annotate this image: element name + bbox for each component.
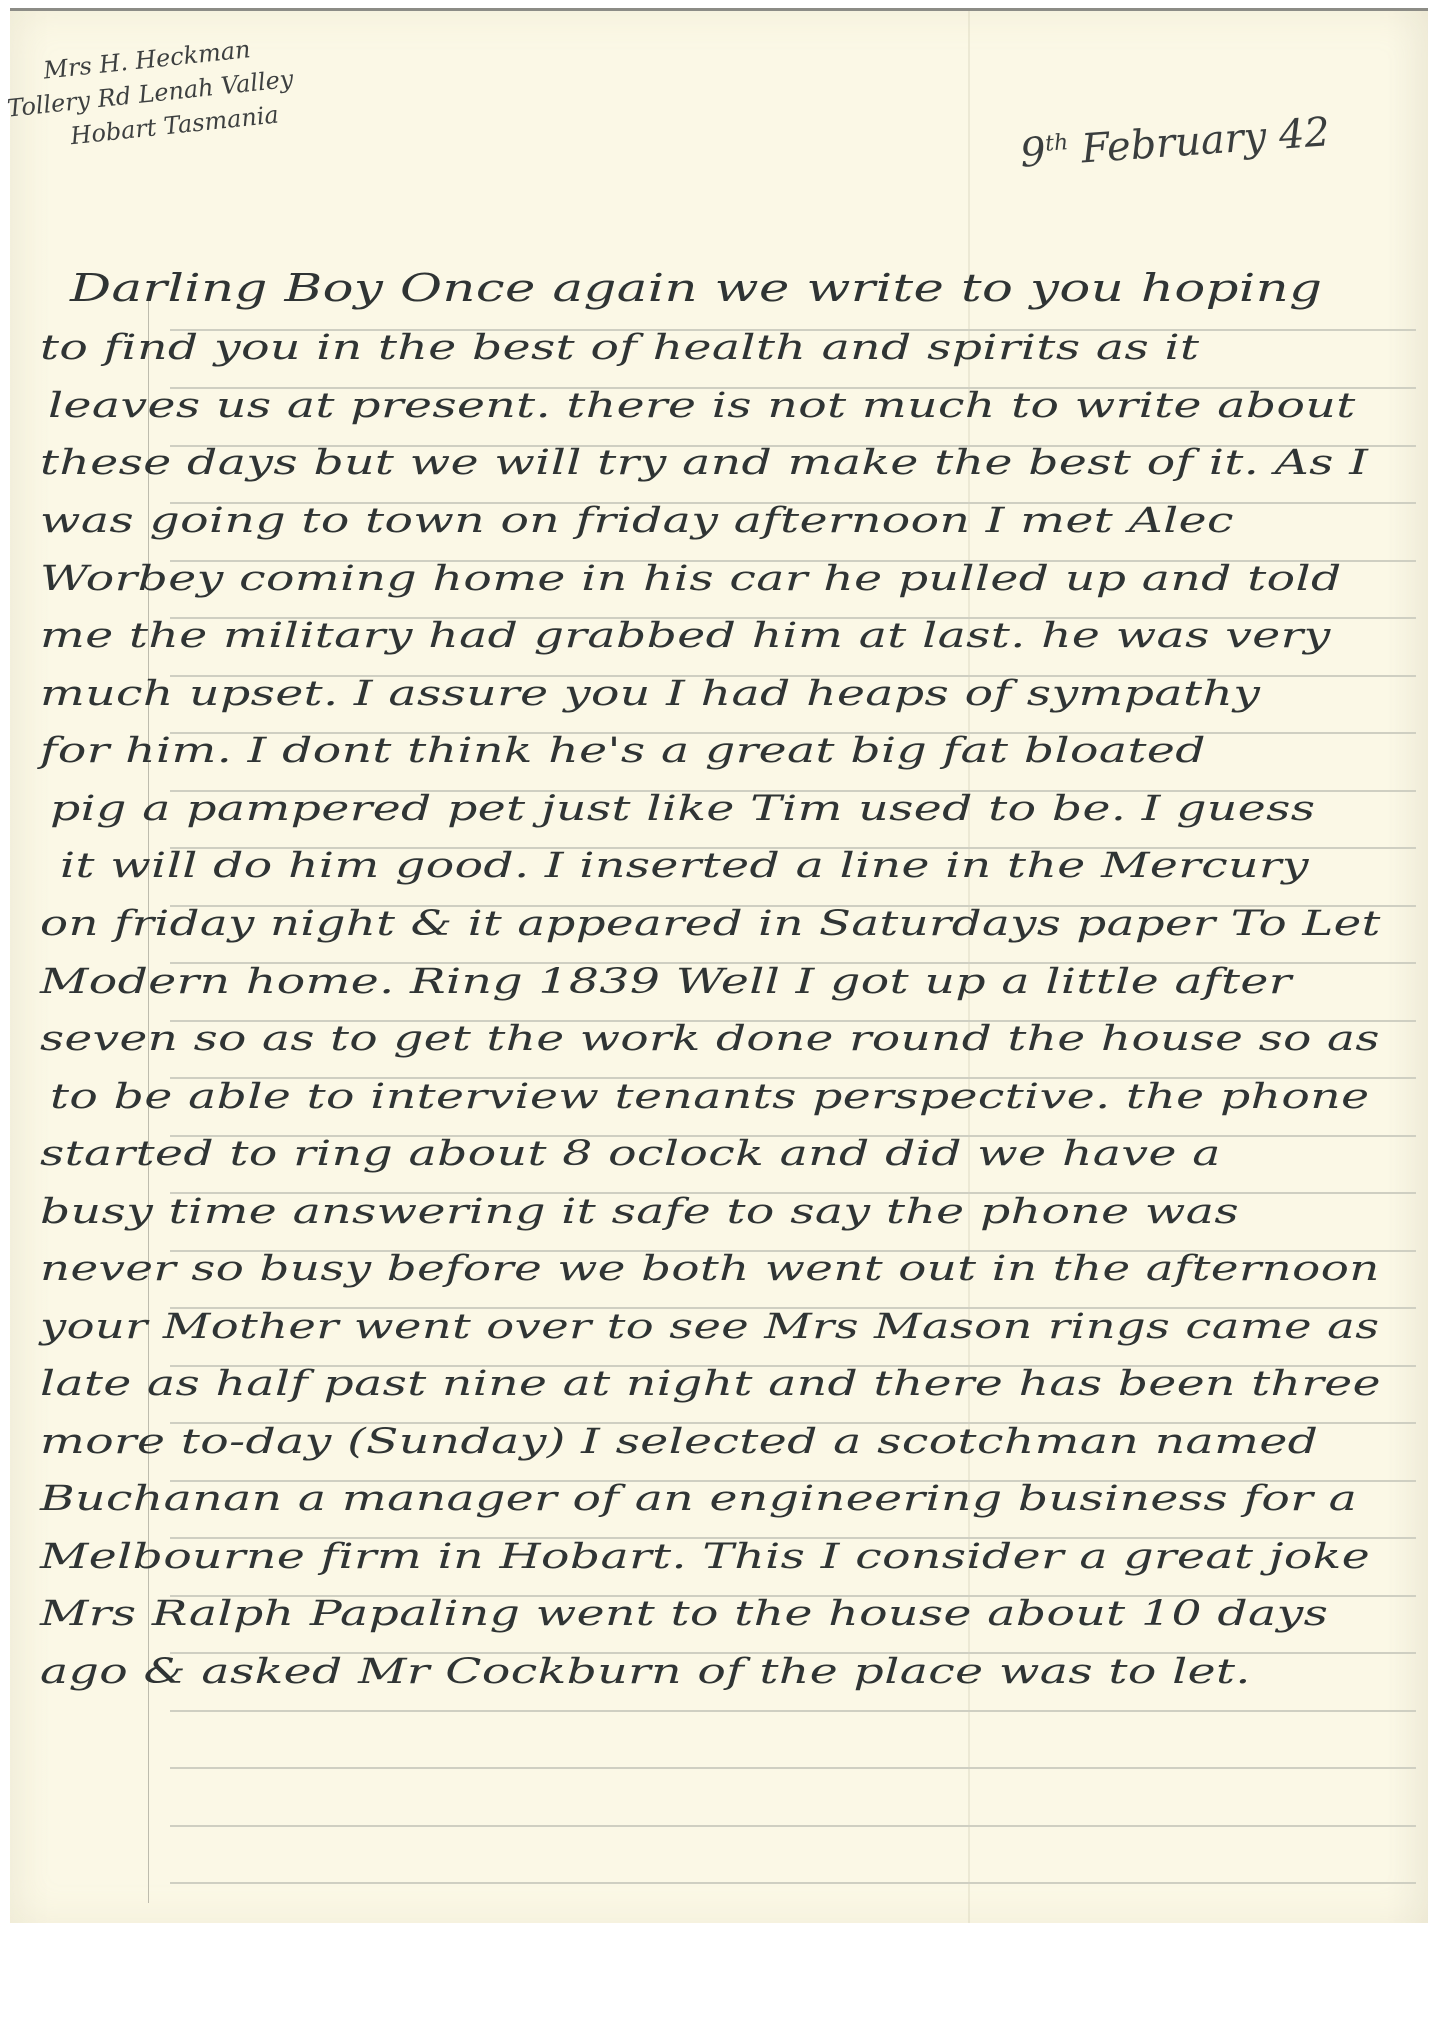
- ruled-line: [170, 1767, 1416, 1769]
- letter-line: ago & asked Mr Cockburn of the place was…: [40, 1652, 1251, 1692]
- letter-line: late as half past nine at night and ther…: [40, 1364, 1381, 1404]
- letter-line: Buchanan a manager of an engineering bus…: [40, 1479, 1357, 1519]
- letter-line: Modern home. Ring 1839 Well I got up a l…: [40, 962, 1292, 1002]
- ruled-line: [170, 1882, 1416, 1884]
- letter-line: to be able to interview tenants perspect…: [50, 1077, 1369, 1117]
- letter-line: on friday night & it appeared in Saturda…: [40, 904, 1381, 944]
- date-day: 9: [1019, 129, 1048, 177]
- ruled-line: [170, 1825, 1416, 1827]
- letter-line: Worbey coming home in his car he pulled …: [40, 559, 1342, 599]
- letter-line: for him. I dont think he's a great big f…: [40, 731, 1206, 771]
- letter-line: was going to town on friday afternoon I …: [40, 501, 1234, 541]
- letter-line: Darling Boy Once again we write to you h…: [70, 266, 1322, 310]
- letter-line: seven so as to get the work done round t…: [40, 1019, 1380, 1059]
- letter-line: more to-day (Sunday) I selected a scotch…: [40, 1422, 1318, 1462]
- letter-line: much upset. I assure you I had heaps of …: [40, 674, 1260, 714]
- ruled-line: [170, 1710, 1416, 1712]
- letter-line: to find you in the best of health and sp…: [40, 328, 1199, 368]
- letter-line: started to ring about 8 oclock and did w…: [40, 1134, 1221, 1174]
- letter-line: Melbourne firm in Hobart. This I conside…: [40, 1537, 1370, 1577]
- letter-line: it will do him good. I inserted a line i…: [60, 846, 1309, 886]
- letter-line: me the military had grabbed him at last.…: [40, 616, 1331, 656]
- date-suffix: th: [1044, 130, 1069, 157]
- letter-line: pig a pampered pet just like Tim used to…: [50, 789, 1315, 829]
- letter-line: these days but we will try and make the …: [40, 443, 1368, 483]
- letter-line: Mrs Ralph Papaling went to the house abo…: [40, 1594, 1328, 1634]
- letter-line: never so busy before we both went out in…: [40, 1249, 1380, 1289]
- letter-line: your Mother went over to see Mrs Mason r…: [40, 1307, 1379, 1347]
- letter-line: busy time answering it safe to say the p…: [40, 1192, 1239, 1232]
- letter-line: leaves us at present. there is not much …: [48, 386, 1356, 426]
